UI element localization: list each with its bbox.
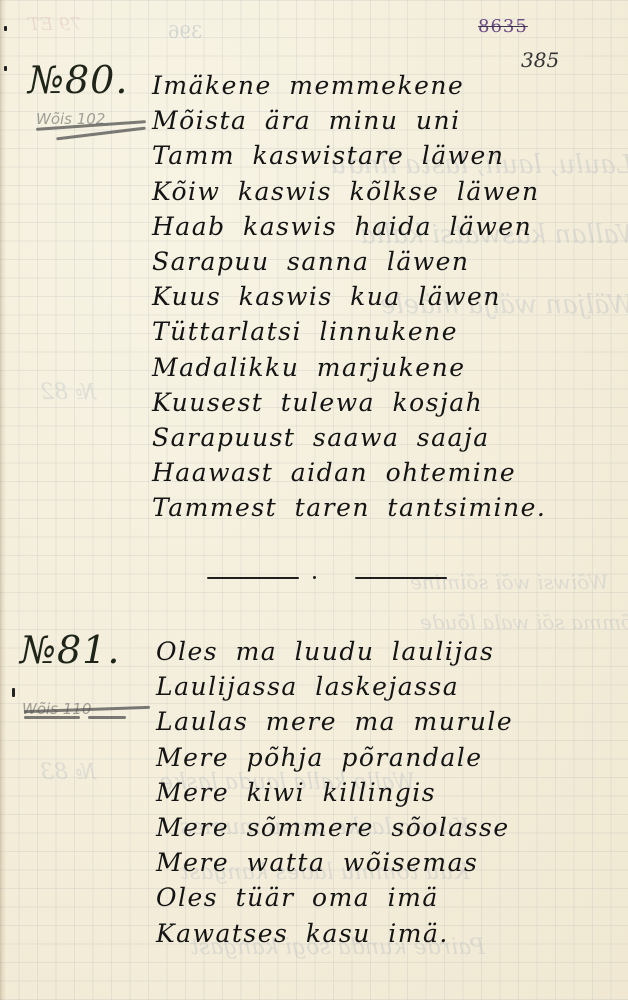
faint-pink-mark: 79 ET — [28, 14, 82, 35]
song-number-81: №81. — [20, 628, 120, 672]
verse-line: Haawast aidan ohtemine — [152, 455, 546, 490]
verse-line: Kawatses kasu imä. — [156, 916, 513, 951]
verse-line: Tamm kaswistare läwen — [152, 138, 546, 173]
manuscript-page: Laulu, lauli, lasta lindu Wallan kaswats… — [0, 0, 628, 1000]
pencil-strikethrough — [88, 716, 126, 719]
edge-mark — [4, 66, 7, 71]
edge-mark — [12, 688, 15, 697]
divider-line — [207, 577, 299, 579]
song-81-verse: Oles ma luudu laulijas Laulijassa laskej… — [156, 634, 513, 951]
song-80-verse: Imäkene memmekene Mõista ära minu uni Ta… — [152, 68, 546, 525]
verse-line: Mere sõmmere sõolasse — [156, 810, 513, 845]
faint-page-number: 396 — [168, 22, 202, 43]
divider-dot — [313, 576, 316, 579]
divider-line — [355, 577, 447, 579]
verse-line: Kuusest tulewa kosjah — [152, 385, 546, 420]
pencil-strikethrough — [56, 127, 146, 141]
edge-mark — [4, 26, 7, 31]
verse-line: Oles ma luudu laulijas — [156, 634, 513, 669]
verse-line: Kõiw kaswis kõlkse läwen — [152, 174, 546, 209]
verse-line: Haab kaswis haida läwen — [152, 209, 546, 244]
bleed-through-text: № 82 — [40, 380, 96, 405]
verse-line: Mõista ära minu uni — [152, 103, 546, 138]
verse-line: Mere põhja põrandale — [156, 740, 513, 775]
verse-line: Madalikku marjukene — [152, 350, 546, 385]
pencil-strikethrough — [24, 716, 80, 719]
verse-line: Tammest taren tantsimine. — [152, 490, 546, 525]
verse-line: Imäkene memmekene — [152, 68, 546, 103]
page-edge-shadow — [0, 0, 6, 1000]
verse-line: Laulijassa laskejassa — [156, 669, 513, 704]
verse-line: Tüttarlatsi linnukene — [152, 314, 546, 349]
song-number-80: №80. — [28, 58, 128, 102]
archive-stamp-number: 8635 — [478, 16, 528, 37]
bleed-through-text: № 83 — [40, 760, 96, 785]
section-divider — [207, 574, 447, 582]
verse-line: Laulas mere ma murule — [156, 704, 513, 739]
bleed-through-text: Tõmma sõi wala lõude — [420, 610, 628, 634]
verse-line: Sarapuust saawa saaja — [152, 420, 546, 455]
verse-line: Mere kiwi killingis — [156, 775, 513, 810]
verse-line: Oles tüär oma imä — [156, 880, 513, 915]
verse-line: Kuus kaswis kua läwen — [152, 279, 546, 314]
verse-line: Mere watta wõisemas — [156, 845, 513, 880]
verse-line: Sarapuu sanna läwen — [152, 244, 546, 279]
